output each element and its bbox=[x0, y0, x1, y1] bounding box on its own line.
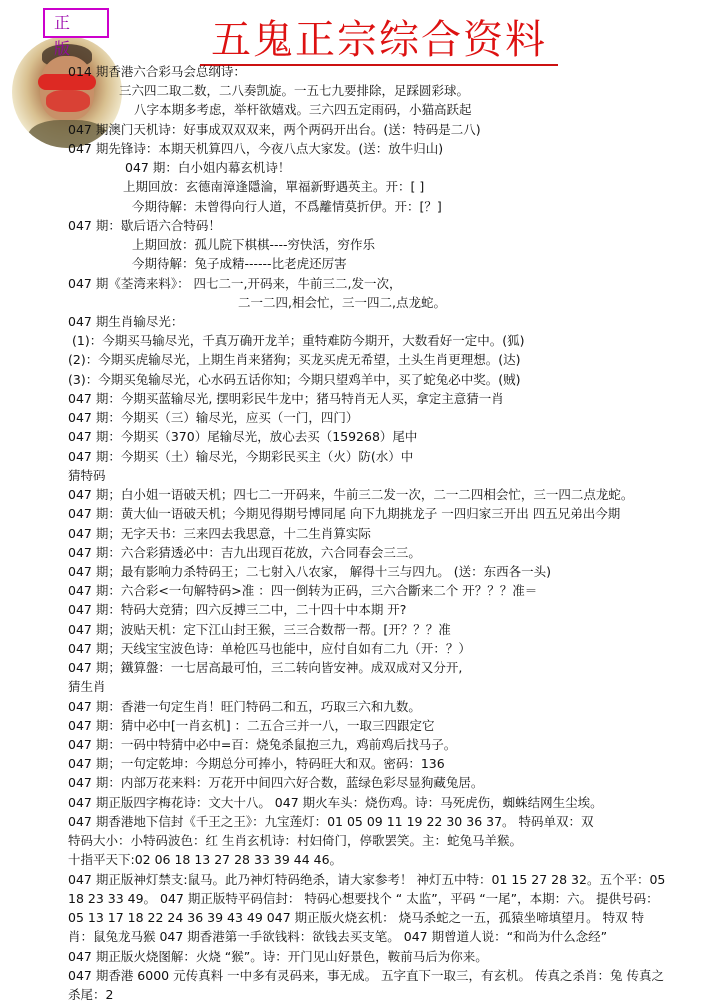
text-line: 047 期：内部万花来料：万花开中间四六好合数，蓝绿色彩尽显狗藏兔居。 bbox=[68, 774, 483, 792]
text-line: 047 期：今期买（土）输尽光，今期彩民买主（火）防(水）中 bbox=[68, 448, 413, 466]
text-line: 047 期正版四字梅花诗：文大十八。 047 期火车头：烧伤鸡。诗：马死虎伤，蜘… bbox=[68, 794, 603, 812]
text-line: 047 期正版火烧图解：火烧 “猴”。诗：开门见山好景色，鞍前马后为你来。 bbox=[68, 948, 488, 966]
text-line: 047 期《荃湾来料》： 四七二一,开码来，牛前三二,发一次， bbox=[68, 275, 402, 293]
text-line: 047 期；无字天书：三来四去我思意，十二生肖算实际 bbox=[68, 525, 371, 543]
text-line: 047 期：一码中特猜中必中=百：烧兔杀鼠抱三九，鸡前鸡后找马子。 bbox=[68, 736, 456, 754]
text-line: 047 期：六合彩<一句解特码>准 ：四一倒转为正码，三六合斷来二个 开？？？准… bbox=[68, 582, 537, 600]
text-line: 047 期：黄大仙一语破天机；今期见得期号博同尾 向下九期挑龙子 一四归家三开出… bbox=[68, 505, 620, 523]
text-line: 猜特码 bbox=[68, 467, 106, 485]
text-line: 今期待解：兔子成精------比老虎还厉害 bbox=[132, 255, 347, 273]
text-line: 047 期生肖输尽光： bbox=[68, 313, 183, 331]
text-line: 上期回放：玄德南漳逢隱淪，單福新野遇英主。开：[ ] bbox=[123, 178, 424, 196]
text-line: 047 期：白小姐内幕玄机诗！ bbox=[125, 159, 290, 177]
text-line: 047 期澳门天机诗：好事成双双双来，两个两码开出台。(送：特码是二八) bbox=[68, 121, 481, 139]
text-line: 047 期正版神灯禁支:鼠马。此乃神灯特码绝杀，请大家参考！ 神灯五中特：01 … bbox=[68, 871, 665, 889]
text-line: 05 13 17 18 22 24 36 39 43 49 047 期正版火烧玄… bbox=[68, 909, 644, 927]
text-line: 猜生肖 bbox=[68, 678, 106, 696]
text-line: 047 期；鐵算盤：一七居高最可怕，三二转向皆安神。成双成对又分开, bbox=[68, 659, 462, 677]
text-line: 047 期；天线宝宝波色诗：单枪匹马也能中，应付自如有二九（开：？） bbox=[68, 640, 471, 658]
text-line: (1)：今期买马输尽光，千真万确开龙羊；重特难防今期开，大数看好一定中。(狐) bbox=[72, 332, 524, 350]
page-title: 五鬼正宗综合资料 bbox=[200, 16, 558, 66]
text-line: 047 期香港 6000 元传真料 一中多有灵码来，事无成。 五字直下一取三，有… bbox=[68, 967, 664, 985]
text-line: (3)：今期买兔输尽光，心水码五话你知；今期只望鸡羊中，买了蛇兔必中奖。(贼) bbox=[68, 371, 520, 389]
text-line: 047 期；最有影响力杀特码王；二七射入八农家， 解得十三与四九。 (送：东西各… bbox=[68, 563, 551, 581]
text-line: 三六四二取二数，二八奏凯旋。一五七九要排除，足踩圆彩球。 bbox=[119, 82, 469, 100]
text-line: 047 期：猜中必中[一肖玄机] ：二五合三并一八，一取三四跟定它 bbox=[68, 717, 435, 735]
text-line: 047 期：香港一句定生肖！旺门特码二和五，巧取三六和九数。 bbox=[68, 698, 421, 716]
text-line: 047 期；白小姐一语破天机；四七二一开码来，牛前三二发一次，二一二四相会忙，三… bbox=[68, 486, 633, 504]
text-line: 杀尾：2 bbox=[68, 986, 113, 1004]
text-line: (2)：今期买虎输尽光，上期生肖来猪狗；买龙买虎无希望，土头生肖更理想。(达) bbox=[68, 351, 520, 369]
text-line: 今期待解：未曾得向行人道，不爲離情莫折伊。开：[？] bbox=[132, 198, 442, 216]
text-line: 047 期先锋诗：本期天机算四八，今夜八点大家发。(送：放牛归山) bbox=[68, 140, 443, 158]
text-line: 二一二四,相会忙，三一四二,点龙蛇。 bbox=[238, 294, 446, 312]
text-line: 047 期：今期买蓝输尽光, 摆明彩民牛龙中；猪马特肖无人买，拿定主意猜一肖 bbox=[68, 390, 504, 408]
text-line: 047 期：六合彩猜透必中：吉九出现百花放，六合同春会三三。 bbox=[68, 544, 421, 562]
text-line: 014 期香港六合彩马会总纲诗： bbox=[68, 63, 246, 81]
text-line: 上期回放：孤儿院下棋棋----穷快活，穷作乐 bbox=[132, 236, 375, 254]
text-line: 特码大小：小特码波色：红 生肖玄机诗：村妇倚门，停歌罢笑。主：蛇兔马羊猴。 bbox=[68, 832, 522, 850]
text-line: 047 期：今期买（三）输尽光，应买（一门，四门） bbox=[68, 409, 358, 427]
text-line: 047 期；波贴天机：定下江山封王猴，三三合数帮一帮。[开？？？准 bbox=[68, 621, 451, 639]
text-line: 八字本期多考虑，举杆欲嬉戏。三六四五定雨码，小猫高跃起 bbox=[134, 101, 472, 119]
text-line: 047 期：歇后语六合特码！ bbox=[68, 217, 221, 235]
text-line: 18 23 33 49。 047 期正版特平码信封： 特码心想要找个 “ 太监”… bbox=[68, 890, 659, 908]
text-line: 十指平天下:02 06 18 13 27 28 33 39 44 46。 bbox=[68, 851, 342, 869]
text-line: 047 期：特码大竞猜；四六反搏三二中，二十四十中本期 开? bbox=[68, 601, 406, 619]
text-line: 047 期；一句定乾坤：今期总分可捧小，特码旺大和双。密码：136 bbox=[68, 755, 445, 773]
text-line: 肖：鼠兔龙马猴 047 期香港第一手欲钱料：欲钱去买支笔。 047 期曾道人说：… bbox=[68, 928, 607, 946]
text-line: 047 期香港地下信封《千王之王》：九宝莲灯：01 05 09 11 19 22… bbox=[68, 813, 594, 831]
text-line: 047 期：今期买（370）尾输尽光，放心去买（159268）尾中 bbox=[68, 428, 417, 446]
portrait-red-overlay-lower bbox=[46, 90, 90, 112]
genuine-badge: 正 版 bbox=[43, 8, 109, 38]
